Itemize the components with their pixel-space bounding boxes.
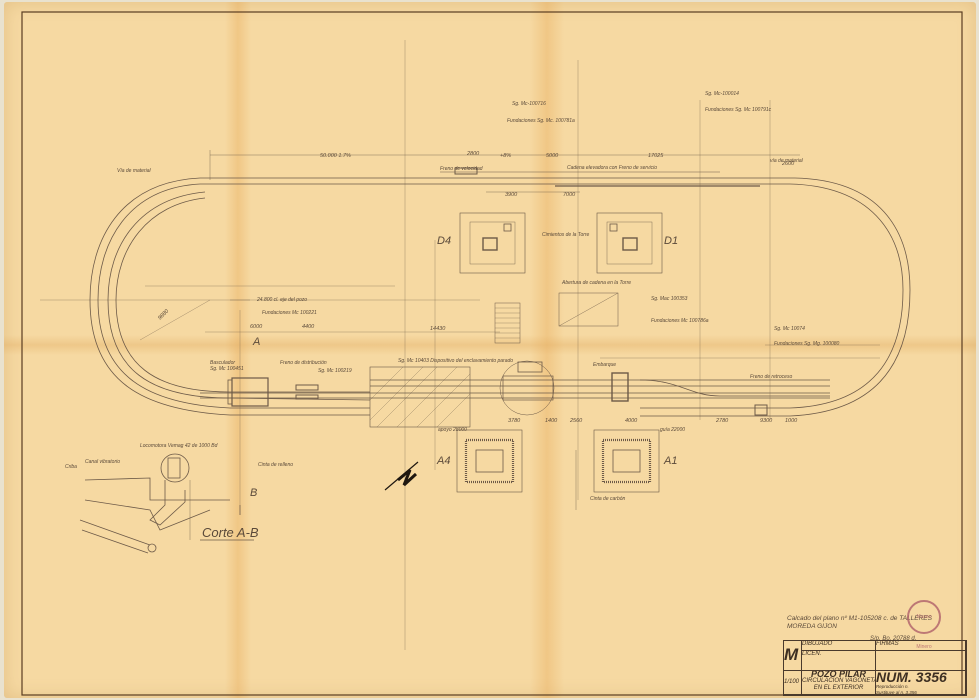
svg-text:2560: 2560: [569, 418, 583, 424]
svg-text:9880: 9880: [157, 308, 171, 322]
svg-text:Sg. Mc-100014: Sg. Mc-100014: [705, 91, 739, 97]
svg-text:Cimientos de la Torre: Cimientos de la Torre: [542, 232, 590, 238]
svg-text:24.800 cl. eje del pozo: 24.800 cl. eje del pozo: [256, 297, 307, 303]
svg-text:Sg. Mc 100451: Sg. Mc 100451: [210, 366, 244, 372]
svg-text:Freno de retroceso: Freno de retroceso: [750, 374, 792, 380]
svg-text:7000: 7000: [563, 192, 576, 198]
tb-project: POZO PILAR CIRCULACION VAGONETAS EN EL E…: [802, 671, 876, 695]
svg-text:Vía de material: Vía de material: [117, 168, 152, 174]
svg-text:Sg. Mac 100353: Sg. Mac 100353: [651, 296, 688, 302]
museum-stamp: Museo Minero: [907, 600, 941, 634]
svg-text:guía 22000: guía 22000: [660, 427, 685, 433]
svg-text:Freno de velocidad: Freno de velocidad: [440, 166, 483, 172]
svg-text:Locomotora Vemag 42 de 1000 Bd: Locomotora Vemag 42 de 1000 Bd: [140, 443, 218, 449]
svg-text:MOREDA GIJON: MOREDA GIJON: [787, 623, 837, 630]
svg-text:Fundaciones Sg. Mg. 100080: Fundaciones Sg. Mg. 100080: [774, 341, 840, 347]
svg-text:17025: 17025: [648, 153, 664, 159]
svg-text:Cinta de relleno: Cinta de relleno: [258, 462, 293, 468]
svg-text:9300: 9300: [760, 418, 773, 424]
svg-text:Freno de distribución: Freno de distribución: [280, 360, 327, 366]
svg-text:Sg. Mc-100716: Sg. Mc-100716: [512, 101, 546, 107]
svg-text:A4: A4: [436, 455, 450, 467]
svg-text:apoyo 28000: apoyo 28000: [438, 427, 467, 433]
tb-company: M. F. U.: [784, 641, 802, 671]
svg-text:D4: D4: [437, 235, 451, 247]
svg-text:2780: 2780: [715, 418, 729, 424]
svg-text:4000: 4000: [625, 418, 638, 424]
svg-text:Fundaciones Sg. Mc. 100781a: Fundaciones Sg. Mc. 100781a: [507, 118, 575, 124]
title-block: DIBUJADO FIRMAS M. F. U. LICEN. 1/100 PO…: [783, 640, 967, 696]
tb-header-2: FIRMAS: [876, 641, 966, 651]
svg-text:50.000 1.7%: 50.000 1.7%: [320, 153, 351, 159]
tb-label-2: 1/100: [784, 671, 802, 695]
svg-text:4400: 4400: [302, 324, 315, 330]
svg-text:Cadena elevadora con Freno de: Cadena elevadora con Freno de servicio: [567, 165, 657, 171]
svg-text:Sg. Mc 10074: Sg. Mc 10074: [774, 326, 805, 332]
svg-text:2800: 2800: [466, 151, 480, 157]
svg-text:Sg. Mc 10403 Dispositivo del e: Sg. Mc 10403 Dispositivo del enclavamien…: [398, 358, 513, 364]
svg-text:Fundaciones Sg. Mc 100791c: Fundaciones Sg. Mc 100791c: [705, 107, 772, 113]
svg-text:Embarque: Embarque: [593, 362, 616, 368]
svg-text:A: A: [252, 336, 260, 348]
svg-text:3900: 3900: [505, 192, 518, 198]
svg-text:5000: 5000: [546, 153, 559, 159]
svg-text:A1: A1: [663, 455, 677, 467]
svg-text:Criba: Criba: [65, 464, 77, 470]
svg-text:Cinta de carbón: Cinta de carbón: [590, 496, 626, 502]
svg-text:Sg. Mc 100219: Sg. Mc 100219: [318, 368, 352, 374]
svg-text:2600: 2600: [781, 161, 795, 167]
svg-text:Fundaciones Mc 100786a: Fundaciones Mc 100786a: [651, 318, 709, 324]
tb-empty: [876, 651, 966, 671]
svg-text:3780: 3780: [508, 418, 521, 424]
svg-text:Fundaciones Mc 100221: Fundaciones Mc 100221: [262, 310, 317, 316]
svg-text:Canal vibratorio: Canal vibratorio: [85, 459, 120, 465]
svg-text:D1: D1: [664, 235, 678, 247]
svg-text:Abertura de cadena en la Torre: Abertura de cadena en la Torre: [561, 280, 631, 286]
track-plan-drawing: Vía de material vía de material Freno de…: [0, 0, 979, 700]
tb-number-cell: NUM. 3356 Reproducción n. Sustituye al n…: [876, 671, 966, 695]
svg-text:1400: 1400: [545, 418, 558, 424]
svg-text:6000: 6000: [250, 324, 263, 330]
svg-text:B: B: [250, 487, 257, 499]
svg-text:+8%: +8%: [500, 153, 511, 159]
tb-header-1: DIBUJADO: [802, 641, 876, 651]
tb-label-1: LICEN.: [802, 651, 876, 671]
svg-text:1000: 1000: [785, 418, 798, 424]
section-label: Corte A-B: [202, 525, 259, 540]
svg-text:14430: 14430: [430, 326, 446, 332]
